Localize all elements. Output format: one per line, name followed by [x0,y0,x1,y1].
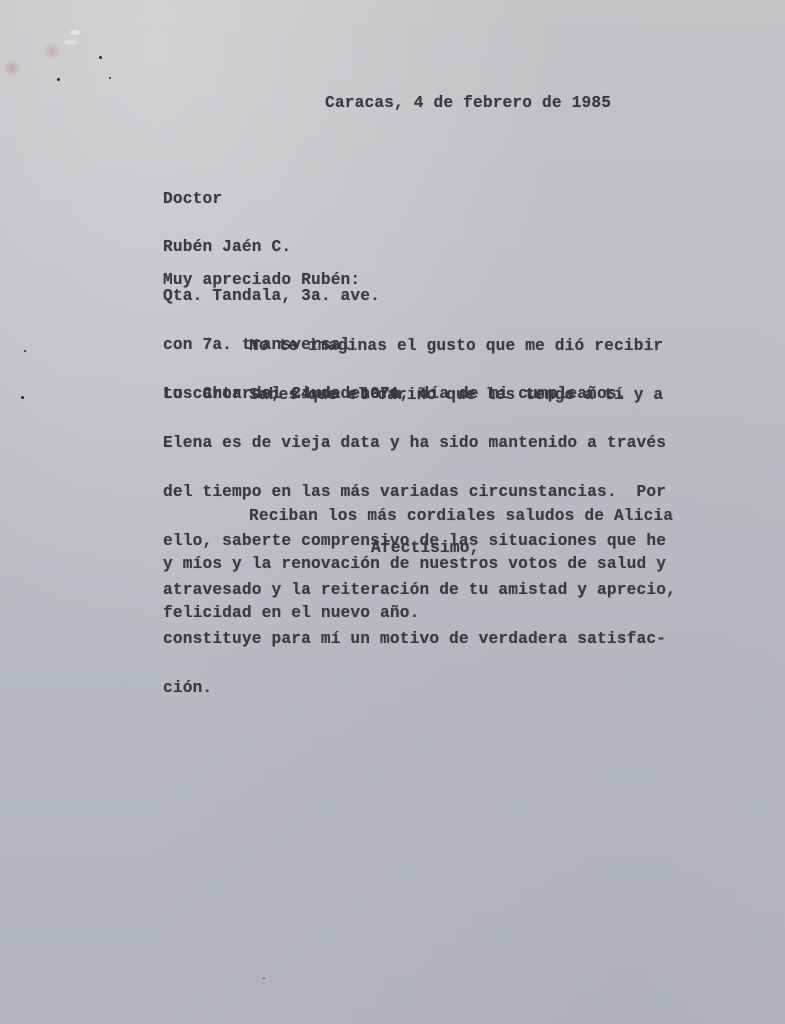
paper-speck [24,350,26,352]
letter-closing: Afectísimo, [371,540,480,556]
letter-page: Caracas, 4 de febrero de 1985 Doctor Rub… [0,0,785,1024]
paper-speck [109,77,111,79]
paragraph-line: y míos y la renovación de nuestros votos… [163,556,673,572]
paper-speck [57,78,60,81]
paragraph-line: Reciban los más cordiales saludos de Ali… [163,508,673,524]
recipient-name: Rubén Jaén C. [163,239,400,255]
paper-speck [21,396,24,399]
paper-crease [64,40,78,45]
paragraph-line: No te imaginas el gusto que me dió recib… [163,338,663,354]
paragraph-line: felicidad en el nuevo año. [163,605,673,621]
paragraph-line: Sabes que el cariño que les tengo a tí y… [163,387,676,403]
letter-salutation: Muy apreciado Rubén: [163,272,360,288]
paragraph-line: Elena es de vieja data y ha sido manteni… [163,435,676,451]
recipient-address-line: Qta. Tandala, 3a. ave. [163,288,400,304]
paper-crease [70,30,80,35]
paragraph-line: ción. [163,680,676,696]
paper-stain [42,43,62,59]
paper-speck [263,977,265,979]
recipient-title: Doctor [163,191,400,207]
paper-speck [99,56,102,59]
letter-dateline: Caracas, 4 de febrero de 1985 [325,95,611,111]
letter-paragraph: Reciban los más cordiales saludos de Ali… [163,475,673,654]
paper-stain [2,60,22,76]
